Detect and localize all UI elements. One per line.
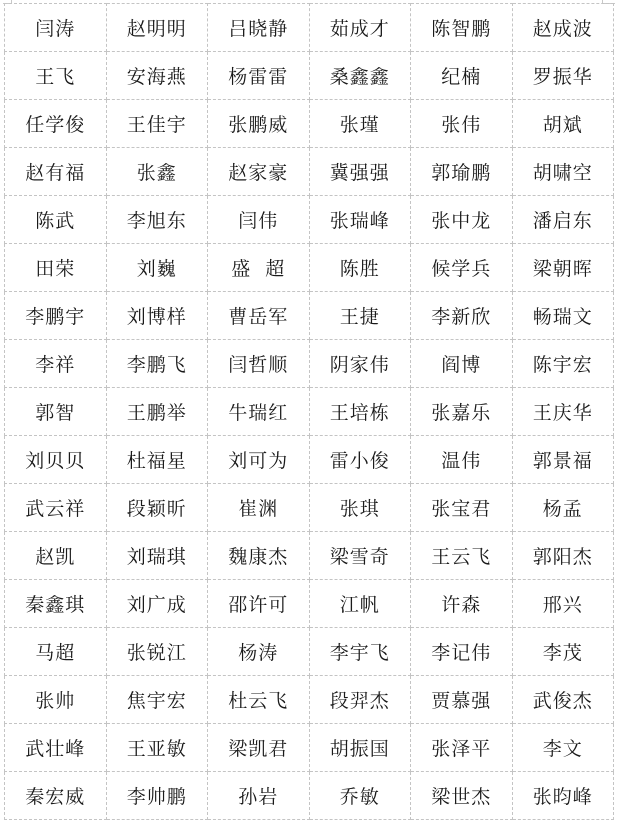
table-row: 武壮峰王亚敏梁凯君胡振国张泽平李文	[5, 724, 614, 772]
name-cell: 安海燕	[106, 52, 208, 100]
name-cell: 孙岩	[208, 772, 310, 820]
name-cell: 潘启东	[512, 196, 614, 244]
name-cell: 刘广成	[106, 580, 208, 628]
name-cell: 胡斌	[512, 100, 614, 148]
name-cell: 刘可为	[208, 436, 310, 484]
name-cell: 冀强强	[309, 148, 411, 196]
name-cell: 秦鑫琪	[5, 580, 107, 628]
table-row: 田荣刘巍盛 超陈胜候学兵梁朝晖	[5, 244, 614, 292]
name-cell: 段颖昕	[106, 484, 208, 532]
name-cell: 江帆	[309, 580, 411, 628]
table-row: 郭智王鹏举牛瑞红王培栋张嘉乐王庆华	[5, 388, 614, 436]
name-cell: 杨孟	[512, 484, 614, 532]
table-row: 闫涛赵明明吕晓静茹成才陈智鹏赵成波	[5, 4, 614, 52]
table-row: 王飞安海燕杨雷雷桑鑫鑫纪楠罗振华	[5, 52, 614, 100]
name-cell: 阎博	[411, 340, 513, 388]
name-cell: 李鹏飞	[106, 340, 208, 388]
name-cell: 胡振国	[309, 724, 411, 772]
table-row: 任学俊王佳宇张鹏威张瑾张伟胡斌	[5, 100, 614, 148]
name-cell: 王捷	[309, 292, 411, 340]
name-cell: 张宝君	[411, 484, 513, 532]
name-cell: 马超	[5, 628, 107, 676]
name-cell: 候学兵	[411, 244, 513, 292]
name-cell: 张鑫	[106, 148, 208, 196]
name-cell: 邢兴	[512, 580, 614, 628]
name-cell: 段羿杰	[309, 676, 411, 724]
name-cell: 桑鑫鑫	[309, 52, 411, 100]
name-cell: 乔敏	[309, 772, 411, 820]
name-cell: 李文	[512, 724, 614, 772]
table-row: 秦宏威李帅鹏孙岩乔敏梁世杰张昀峰	[5, 772, 614, 820]
name-cell: 李记伟	[411, 628, 513, 676]
name-cell: 温伟	[411, 436, 513, 484]
name-cell: 王鹏举	[106, 388, 208, 436]
name-cell: 焦宇宏	[106, 676, 208, 724]
name-cell: 王培栋	[309, 388, 411, 436]
name-cell: 武云祥	[5, 484, 107, 532]
name-cell: 刘贝贝	[5, 436, 107, 484]
name-cell: 陈智鹏	[411, 4, 513, 52]
name-cell: 陈武	[5, 196, 107, 244]
name-cell: 阴家伟	[309, 340, 411, 388]
name-cell: 赵有福	[5, 148, 107, 196]
name-cell: 陈胜	[309, 244, 411, 292]
name-cell: 王佳宇	[106, 100, 208, 148]
table-row: 秦鑫琪刘广成邵许可江帆许森邢兴	[5, 580, 614, 628]
name-cell: 张泽平	[411, 724, 513, 772]
name-cell: 杨雷雷	[208, 52, 310, 100]
name-cell: 贾慕强	[411, 676, 513, 724]
table-row: 赵凯刘瑞琪魏康杰梁雪奇王云飞郭阳杰	[5, 532, 614, 580]
name-cell: 郭景福	[512, 436, 614, 484]
name-cell: 牛瑞红	[208, 388, 310, 436]
name-cell: 赵凯	[5, 532, 107, 580]
name-cell: 田荣	[5, 244, 107, 292]
name-cell: 张嘉乐	[411, 388, 513, 436]
name-cell: 李宇飞	[309, 628, 411, 676]
name-cell: 杨涛	[208, 628, 310, 676]
name-cell: 魏康杰	[208, 532, 310, 580]
name-cell: 梁凯君	[208, 724, 310, 772]
name-cell: 郭智	[5, 388, 107, 436]
name-cell: 刘博样	[106, 292, 208, 340]
name-cell: 雷小俊	[309, 436, 411, 484]
table-row: 武云祥段颖昕崔渊张琪张宝君杨孟	[5, 484, 614, 532]
name-cell: 张瑾	[309, 100, 411, 148]
name-cell: 梁朝晖	[512, 244, 614, 292]
name-cell: 畅瑞文	[512, 292, 614, 340]
name-cell: 盛 超	[208, 244, 310, 292]
name-cell: 王飞	[5, 52, 107, 100]
name-cell: 秦宏威	[5, 772, 107, 820]
name-cell: 闫伟	[208, 196, 310, 244]
name-cell: 王庆华	[512, 388, 614, 436]
name-cell: 许森	[411, 580, 513, 628]
name-cell: 郭瑜鹏	[411, 148, 513, 196]
name-cell: 李祥	[5, 340, 107, 388]
name-cell: 崔渊	[208, 484, 310, 532]
name-cell: 赵家豪	[208, 148, 310, 196]
name-cell: 罗振华	[512, 52, 614, 100]
name-cell: 郭阳杰	[512, 532, 614, 580]
name-cell: 李新欣	[411, 292, 513, 340]
name-cell: 胡啸空	[512, 148, 614, 196]
name-cell: 张伟	[411, 100, 513, 148]
name-cell: 张帅	[5, 676, 107, 724]
name-cell: 张瑞峰	[309, 196, 411, 244]
name-cell: 任学俊	[5, 100, 107, 148]
name-cell: 李茂	[512, 628, 614, 676]
table-row: 李祥李鹏飞闫哲顺阴家伟阎博陈宇宏	[5, 340, 614, 388]
name-cell: 闫涛	[5, 4, 107, 52]
name-cell: 吕晓静	[208, 4, 310, 52]
name-cell: 纪楠	[411, 52, 513, 100]
name-cell: 陈宇宏	[512, 340, 614, 388]
table-row: 刘贝贝杜福星刘可为雷小俊温伟郭景福	[5, 436, 614, 484]
name-cell: 赵明明	[106, 4, 208, 52]
table-row: 陈武李旭东闫伟张瑞峰张中龙潘启东	[5, 196, 614, 244]
name-cell: 王云飞	[411, 532, 513, 580]
name-cell: 梁雪奇	[309, 532, 411, 580]
name-cell: 张鹏威	[208, 100, 310, 148]
name-cell: 李旭东	[106, 196, 208, 244]
name-cell: 张琪	[309, 484, 411, 532]
name-cell: 张昀峰	[512, 772, 614, 820]
name-cell: 杜云飞	[208, 676, 310, 724]
name-cell: 赵成波	[512, 4, 614, 52]
name-list-table: 闫涛赵明明吕晓静茹成才陈智鹏赵成波王飞安海燕杨雷雷桑鑫鑫纪楠罗振华任学俊王佳宇张…	[4, 3, 614, 820]
name-cell: 武俊杰	[512, 676, 614, 724]
name-cell: 张锐江	[106, 628, 208, 676]
name-cell: 曹岳军	[208, 292, 310, 340]
name-cell: 刘瑞琪	[106, 532, 208, 580]
name-cell: 邵许可	[208, 580, 310, 628]
name-cell: 茹成才	[309, 4, 411, 52]
name-list-body: 闫涛赵明明吕晓静茹成才陈智鹏赵成波王飞安海燕杨雷雷桑鑫鑫纪楠罗振华任学俊王佳宇张…	[5, 4, 614, 820]
table-row: 马超张锐江杨涛李宇飞李记伟李茂	[5, 628, 614, 676]
name-cell: 刘巍	[106, 244, 208, 292]
name-cell: 张中龙	[411, 196, 513, 244]
name-cell: 李帅鹏	[106, 772, 208, 820]
name-cell: 梁世杰	[411, 772, 513, 820]
name-cell: 杜福星	[106, 436, 208, 484]
table-row: 赵有福张鑫赵家豪冀强强郭瑜鹏胡啸空	[5, 148, 614, 196]
name-cell: 李鹏宇	[5, 292, 107, 340]
name-cell: 王亚敏	[106, 724, 208, 772]
name-cell: 闫哲顺	[208, 340, 310, 388]
table-row: 张帅焦宇宏杜云飞段羿杰贾慕强武俊杰	[5, 676, 614, 724]
name-cell: 武壮峰	[5, 724, 107, 772]
table-row: 李鹏宇刘博样曹岳军王捷李新欣畅瑞文	[5, 292, 614, 340]
